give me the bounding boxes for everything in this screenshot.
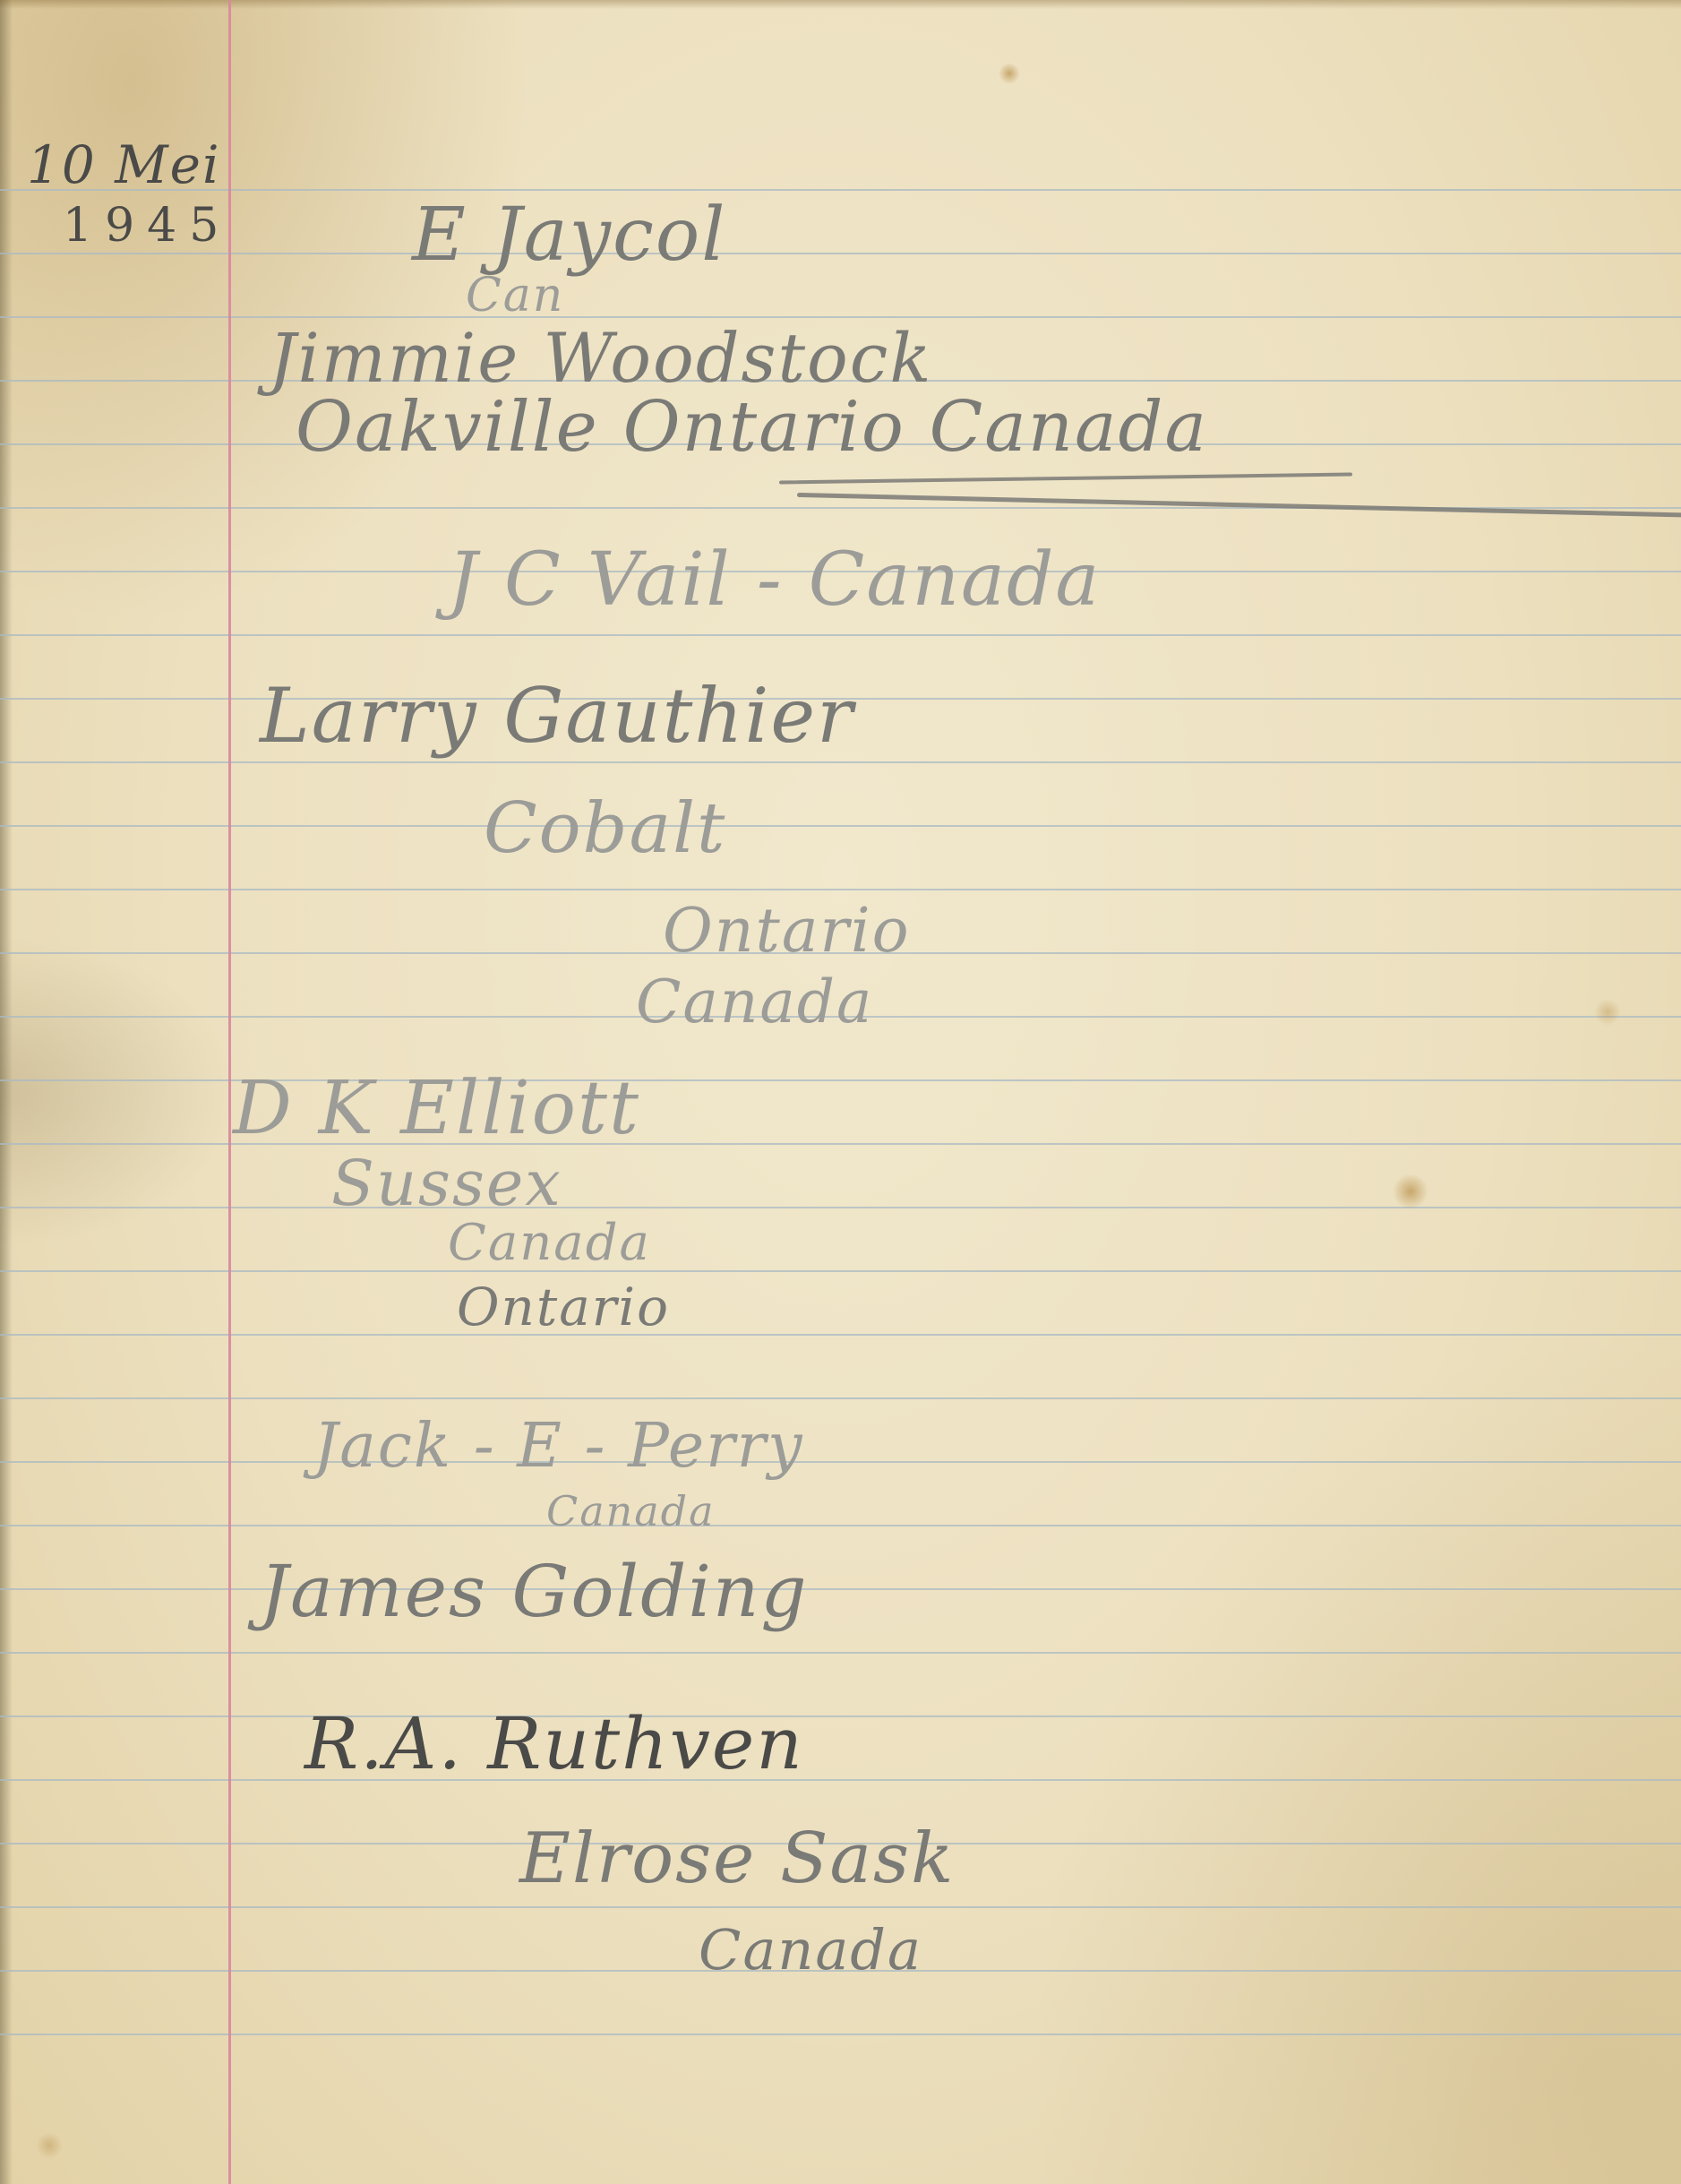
stain — [1594, 999, 1621, 1026]
ruled-line — [0, 1652, 1681, 1654]
ruled-line — [0, 634, 1681, 636]
worn-left-edge — [0, 0, 13, 2184]
signature-larry-gauthier: Larry Gauthier — [260, 672, 854, 760]
ruled-line — [0, 1270, 1681, 1272]
signature-jack-e-perry-country: Canada — [546, 1487, 716, 1535]
ruled-line — [0, 2034, 1681, 2035]
signature-jack-e-perry: Jack - E - Perry — [313, 1411, 804, 1482]
ruled-line — [0, 1525, 1681, 1526]
date-year: 1945 — [63, 199, 231, 253]
signature-e-jaycol-country: Can — [466, 269, 564, 322]
signature-dk-elliott-province: Ontario — [457, 1277, 670, 1337]
stain — [36, 2132, 63, 2159]
signature-e-jaycol: E Jaycol — [412, 193, 727, 278]
signature-jc-vail: J C Vail - Canada — [448, 537, 1101, 623]
signature-ra-ruthven-town: Elrose Sask — [519, 1819, 955, 1899]
ruled-line — [0, 1779, 1681, 1781]
signature-james-golding: James Golding — [260, 1550, 809, 1633]
underline-flourish — [797, 493, 1681, 517]
ruled-line — [0, 1588, 1681, 1590]
date-day-month: 10 Mei — [27, 134, 221, 195]
stain — [1393, 1174, 1428, 1209]
ruled-line — [0, 1334, 1681, 1336]
margin-line — [228, 0, 231, 2184]
worn-top-edge — [0, 0, 1681, 9]
signature-larry-gauthier-province: Ontario — [663, 896, 911, 967]
ruled-line — [0, 1207, 1681, 1208]
signature-dk-elliott-town: Sussex — [331, 1147, 562, 1220]
ruled-line — [0, 761, 1681, 763]
signature-dk-elliott-country: Canada — [448, 1214, 651, 1272]
signature-larry-gauthier-town: Cobalt — [484, 788, 726, 869]
ruled-line — [0, 253, 1681, 254]
signature-jimmie-woodstock-address: Oakville Ontario Canada — [296, 387, 1208, 468]
ruled-line — [0, 1715, 1681, 1717]
signature-jimmie-woodstock: Jimmie Woodstock — [269, 318, 932, 398]
signature-ra-ruthven: R.A. Ruthven — [304, 1702, 804, 1785]
signature-ra-ruthven-country: Canada — [699, 1917, 922, 1982]
ruled-line — [0, 1397, 1681, 1399]
notebook-page: 10 Mei 1945 E Jaycol Can Jimmie Woodstoc… — [0, 0, 1681, 2184]
ruled-line — [0, 825, 1681, 827]
ruled-line — [0, 1906, 1681, 1908]
ruled-line — [0, 889, 1681, 890]
ruled-line — [0, 189, 1681, 191]
ruled-line — [0, 1461, 1681, 1463]
underline-flourish — [779, 473, 1352, 485]
stain — [999, 63, 1020, 84]
signature-dk-elliott: D K Elliott — [233, 1066, 640, 1151]
signature-larry-gauthier-country: Canada — [636, 967, 873, 1036]
